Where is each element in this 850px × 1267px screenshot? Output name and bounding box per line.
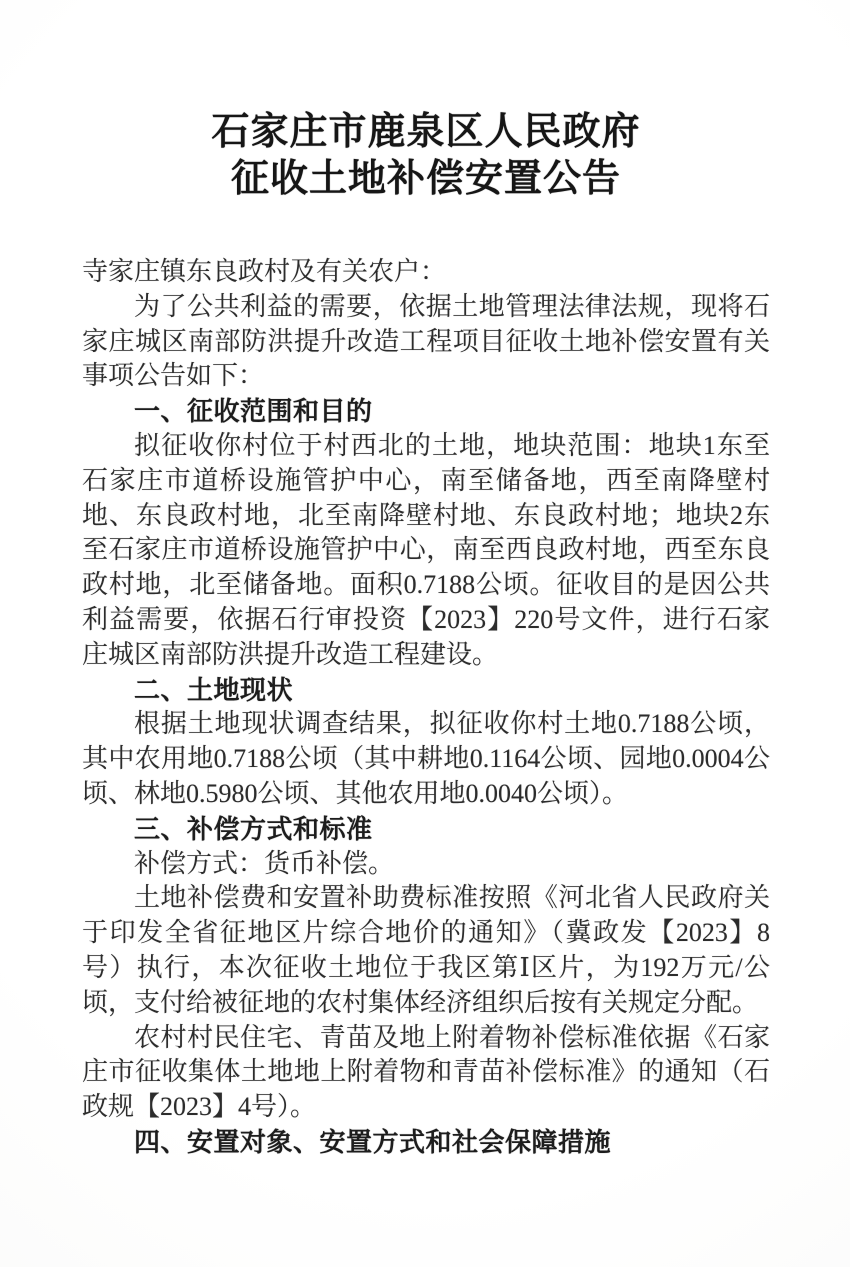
section-1-paragraph: 拟征收你村位于村西北的土地，地块范围：地块1东至石家庄市道桥设施管护中心，南至储… (82, 429, 770, 673)
section-2-heading: 二、土地现状 (82, 673, 770, 708)
section-2-paragraph: 根据土地现状调查结果，拟征收你村土地0.7188公顷，其中农用地0.7188公顷… (82, 707, 770, 811)
intro-paragraph: 为了公共利益的需要，依据土地管理法律法规，现将石家庄城区南部防洪提升改造工程项目… (82, 290, 770, 394)
document-content: 石家庄市鹿泉区人民政府 征收土地补偿安置公告 寺家庄镇东良政村及有关农户： 为了… (0, 0, 850, 1160)
scanned-document-page: 石家庄市鹿泉区人民政府 征收土地补偿安置公告 寺家庄镇东良政村及有关农户： 为了… (0, 0, 850, 1267)
section-1-heading: 一、征收范围和目的 (82, 394, 770, 429)
section-4-heading: 四、安置对象、安置方式和社会保障措施 (82, 1125, 770, 1160)
title-line-2: 征收土地补偿安置公告 (82, 156, 770, 203)
section-3-attachments-paragraph: 农村村民住宅、青苗及地上附着物补偿标准依据《石家庄市征收集体土地地上附着物和青苗… (82, 1021, 770, 1125)
document-title: 石家庄市鹿泉区人民政府 征收土地补偿安置公告 (82, 109, 770, 203)
salutation-line: 寺家庄镇东良政村及有关农户： (82, 255, 770, 290)
section-3-heading: 三、补偿方式和标准 (82, 812, 770, 847)
document-body: 寺家庄镇东良政村及有关农户： 为了公共利益的需要，依据土地管理法律法规，现将石家… (82, 255, 770, 1160)
section-3-standard-paragraph: 土地补偿费和安置补助费标准按照《河北省人民政府关于印发全省征地区片综合地价的通知… (82, 881, 770, 1020)
section-3-compensation-method: 补偿方式：货币补偿。 (82, 847, 770, 882)
title-line-1: 石家庄市鹿泉区人民政府 (82, 109, 770, 156)
